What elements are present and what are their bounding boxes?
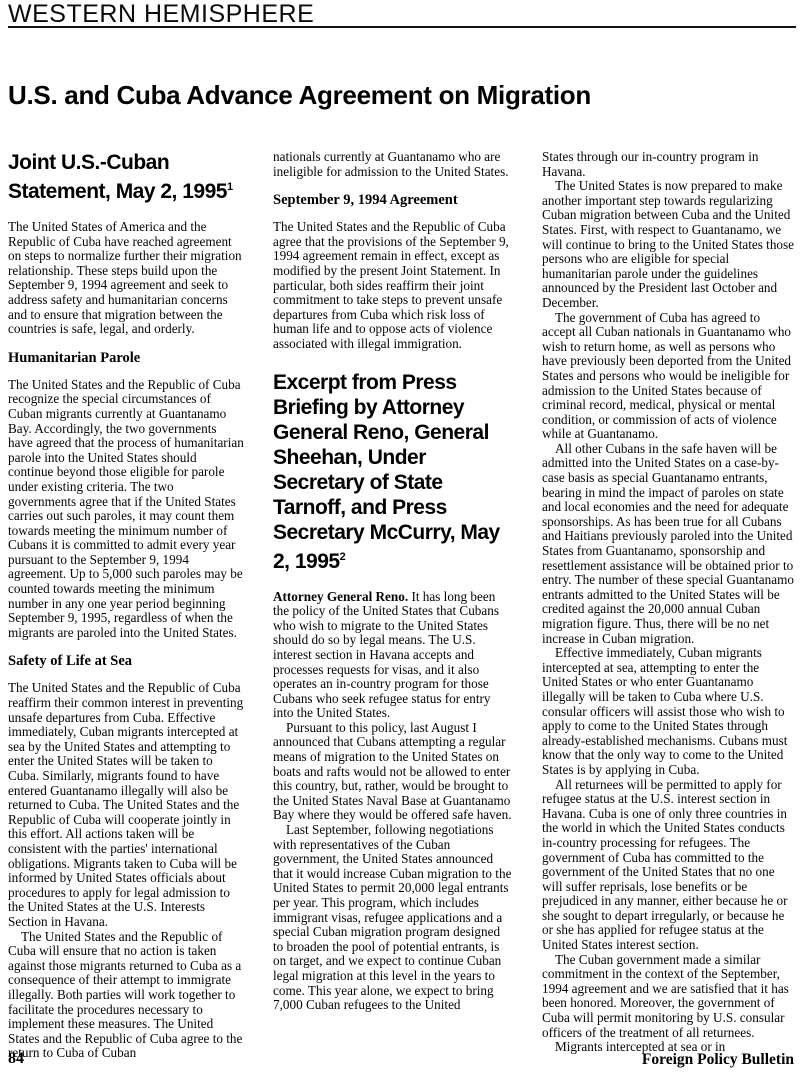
subheading-september-agreement: September 9, 1994 Agreement — [273, 192, 513, 209]
press-briefing-heading-text: Excerpt from Press Briefing by Attorney … — [273, 371, 500, 573]
subheading-safety-of-life-at-sea: Safety of Life at Sea — [8, 653, 244, 670]
subheading-humanitarian-parole: Humanitarian Parole — [8, 350, 244, 367]
column-1: Joint U.S.-Cuban Statement, May 2, 19951… — [8, 150, 244, 1061]
footnote-marker-1: 1 — [227, 181, 233, 193]
joint-statement-heading: Joint U.S.-Cuban Statement, May 2, 19951 — [8, 150, 244, 204]
column-2: nationals currently at Guantanamo who ar… — [273, 150, 513, 1061]
page-number: 84 — [8, 1050, 24, 1068]
briefing-paragraph-9: The Cuban government made a similar comm… — [542, 953, 794, 1041]
september-agreement-paragraph: The United States and the Republic of Cu… — [273, 220, 513, 351]
briefing-paragraph-5: The government of Cuba has agreed to acc… — [542, 311, 794, 442]
briefing-paragraph-8: All returnees will be permitted to apply… — [542, 778, 794, 953]
briefing-paragraph-3-continued: States through our in-country program in… — [542, 150, 794, 179]
safety-paragraph-2: The United States and the Republic of Cu… — [8, 930, 244, 1061]
speaker-name: Attorney General Reno. — [273, 589, 408, 604]
publication-name: Foreign Policy Bulletin — [642, 1051, 794, 1069]
briefing-paragraph-4: The United States is now prepared to mak… — [542, 179, 794, 310]
section-kicker: WESTERN HEMISPHERE — [8, 0, 314, 29]
briefing-paragraph-3: Last September, following negotiations w… — [273, 823, 513, 1013]
article-title: U.S. and Cuba Advance Agreement on Migra… — [8, 80, 591, 111]
briefing-paragraph-1-text: It has long been the policy of the Unite… — [273, 589, 499, 721]
briefing-paragraph-1: Attorney General Reno. It has long been … — [273, 590, 513, 721]
humanitarian-parole-paragraph: The United States and the Republic of Cu… — [8, 378, 244, 641]
joint-statement-intro: The United States of America and the Rep… — [8, 220, 244, 337]
column-3: States through our in-country program in… — [542, 150, 794, 1061]
safety-paragraph-1: The United States and the Republic of Cu… — [8, 681, 244, 929]
press-briefing-heading: Excerpt from Press Briefing by Attorney … — [273, 370, 513, 574]
briefing-paragraph-2: Pursuant to this policy, last August I a… — [273, 721, 513, 823]
header-rule — [8, 26, 796, 28]
footnote-marker-2: 2 — [340, 551, 346, 563]
document-page: WESTERN HEMISPHERE U.S. and Cuba Advance… — [0, 0, 800, 1090]
article-body: Joint U.S.-Cuban Statement, May 2, 19951… — [8, 150, 794, 1061]
briefing-paragraph-6: All other Cubans in the safe haven will … — [542, 442, 794, 646]
safety-paragraph-2-continued: nationals currently at Guantanamo who ar… — [273, 150, 513, 179]
joint-statement-heading-text: Joint U.S.-Cuban Statement, May 2, 1995 — [8, 151, 227, 203]
briefing-paragraph-7: Effective immediately, Cuban migrants in… — [542, 646, 794, 777]
